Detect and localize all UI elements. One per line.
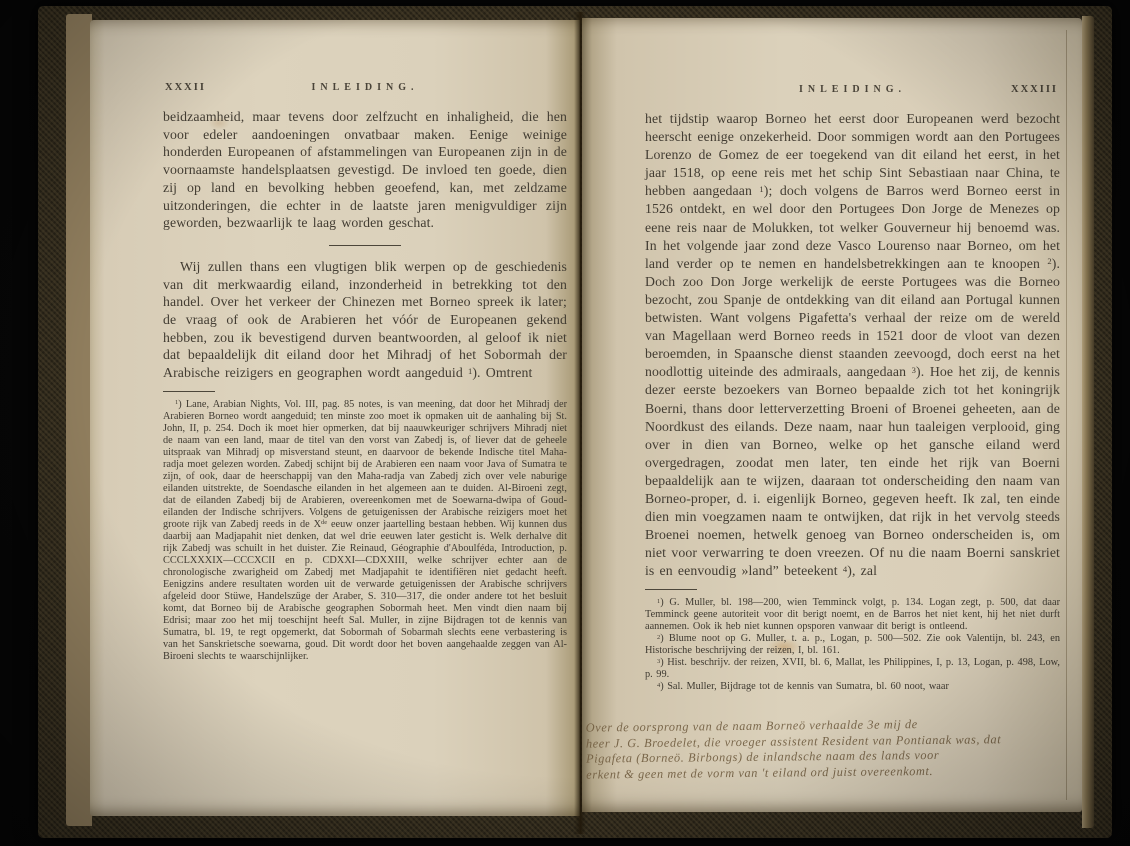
handwritten-annotation: Over de oorsprong van de naam Borneö ver… [586, 715, 1081, 782]
left-paragraph-new: Wij zullen thans een vlugtigen blik werp… [163, 258, 567, 382]
page-edges-stack-right [1082, 16, 1094, 828]
right-page-number: XXXIII [1011, 84, 1058, 95]
right-paragraph-continuation: het tijdstip waarop Borneo het eerst doo… [645, 110, 1060, 580]
page-edges-stack-left [66, 14, 92, 826]
right-running-head: INLEIDING. XXXIII [645, 84, 1060, 100]
left-page: XXXII INLEIDING. beidzaamheid, maar teve… [90, 20, 580, 816]
left-page-column: XXXII INLEIDING. beidzaamheid, maar teve… [90, 20, 580, 816]
left-paragraph-continuation: beidzaamheid, maar tevens door zelfzucht… [163, 108, 567, 232]
section-divider-rule [329, 245, 401, 246]
right-running-title: INLEIDING. [799, 84, 906, 95]
right-page-column: INLEIDING. XXXIII het tijdstip waarop Bo… [582, 18, 1082, 812]
left-page-number: XXXII [165, 82, 206, 93]
right-footnote-1: 1) G. Muller, bl. 198—200, wien Temminck… [645, 597, 1060, 633]
photo-background: XXXII INLEIDING. beidzaamheid, maar teve… [0, 0, 1130, 846]
left-running-title: INLEIDING. [312, 82, 419, 93]
right-footnote-2: 2) Blume noot op G. Muller, t. a. p., Lo… [645, 633, 1060, 657]
left-footnote-rule [163, 391, 215, 392]
page-crease-line [1066, 30, 1067, 800]
right-footnote-rule [645, 589, 697, 590]
right-page: INLEIDING. XXXIII het tijdstip waarop Bo… [582, 18, 1082, 812]
right-footnote-3: 3) Hist. beschrijv. der reizen, XVII, bl… [645, 657, 1060, 681]
left-footnote-1: 1) Lane, Arabian Nights, Vol. III, pag. … [163, 399, 567, 663]
left-running-head: XXXII INLEIDING. [163, 82, 567, 98]
right-footnote-4: 4) Sal. Muller, Bijdrage tot de kennis v… [645, 681, 1060, 693]
